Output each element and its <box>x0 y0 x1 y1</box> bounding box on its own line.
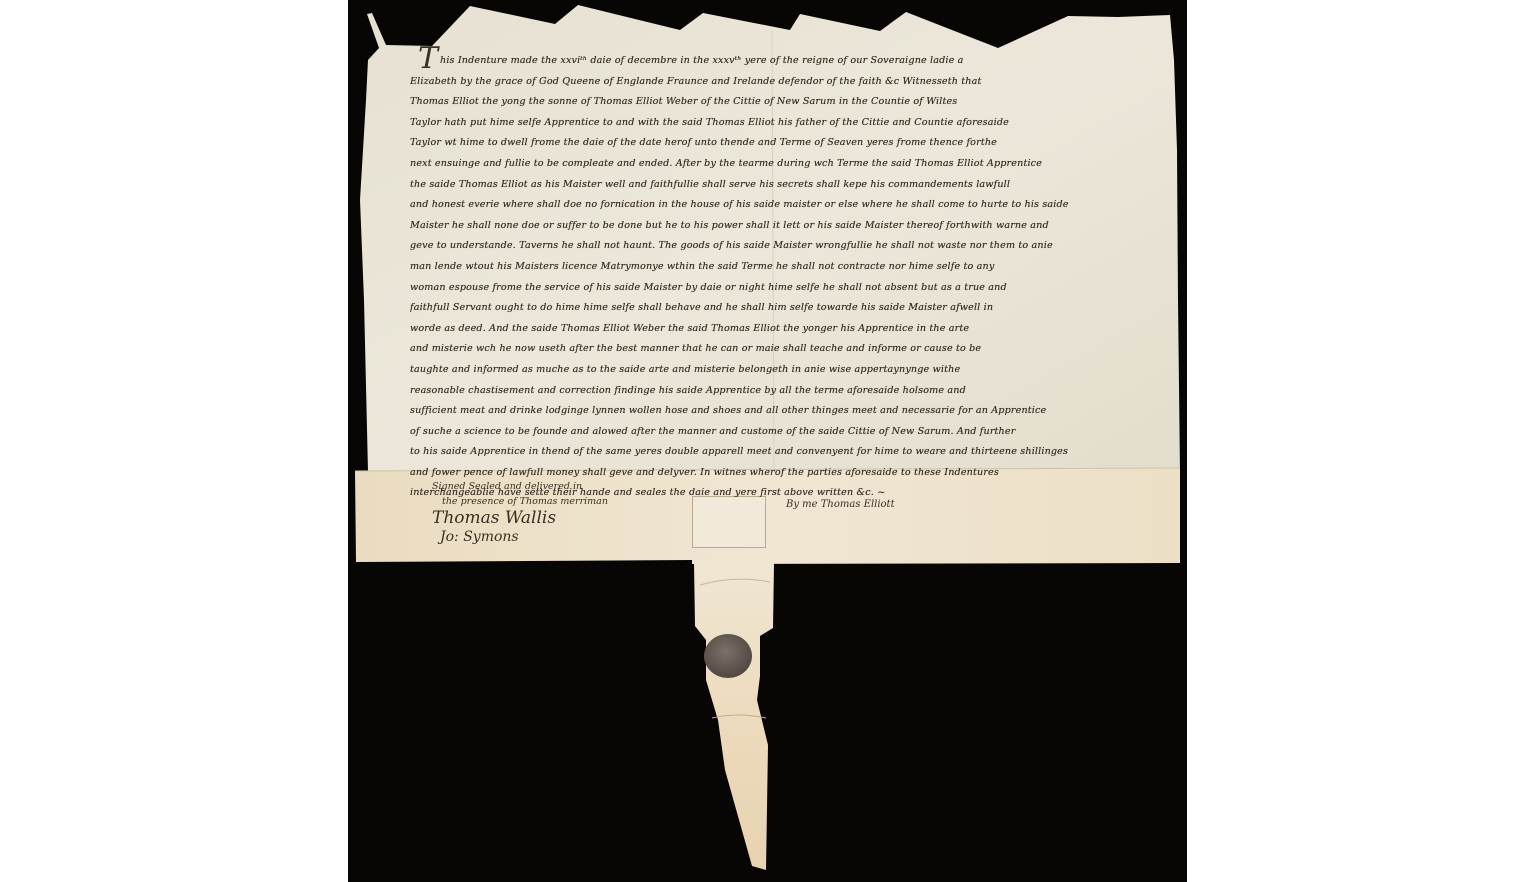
text-line: Taylor hath put hime selfe Apprentice to… <box>410 113 1170 134</box>
witness-signature-2: Jo: Symons <box>440 529 519 545</box>
text-line: taughte and informed as muche as to the … <box>410 360 1170 381</box>
witness-clause-line-1: Signed Sealed and delivered in <box>432 481 582 492</box>
text-line: Maister he shall none doe or suffer to b… <box>410 216 1170 237</box>
indenture-body-text: his Indenture made the xxviᵗʰ daie of de… <box>410 51 1170 504</box>
text-line: worde as deed. And the saide Thomas Elli… <box>410 319 1170 340</box>
text-line: of suche a science to be founde and alow… <box>410 422 1170 443</box>
executant-signature: By me Thomas Elliott <box>786 499 895 510</box>
text-line: and honest everie where shall doe no for… <box>410 195 1170 216</box>
text-line: the saide Thomas Elliot as his Maister w… <box>410 175 1170 196</box>
text-line: next ensuinge and fullie to be compleate… <box>410 154 1170 175</box>
witness-signature-1: Thomas Wallis <box>432 508 556 528</box>
text-line: to his saide Apprentice in thend of the … <box>410 442 1170 463</box>
text-line: geve to understande. Taverns he shall no… <box>410 236 1170 257</box>
text-line: and misterie wch he now useth after the … <box>410 339 1170 360</box>
text-line: reasonable chastisement and correction f… <box>410 381 1170 402</box>
witness-clause-line-2: the presence of Thomas merriman <box>442 496 608 507</box>
text-line: sufficient meat and drinke lodginge lynn… <box>410 401 1170 422</box>
text-line: woman espouse frome the service of his s… <box>410 278 1170 299</box>
text-line: Elizabeth by the grace of God Queene of … <box>410 72 1170 93</box>
text-line: Taylor wt hime to dwell frome the daie o… <box>410 133 1170 154</box>
text-line: his Indenture made the xxviᵗʰ daie of de… <box>410 51 1170 72</box>
text-line: faithfull Servant ought to do hime hime … <box>410 298 1170 319</box>
seal-tag <box>694 563 774 870</box>
text-line: Thomas Elliot the yong the sonne of Thom… <box>410 92 1170 113</box>
text-line: man lende wtout his Maisters licence Mat… <box>410 257 1170 278</box>
wax-seal <box>704 634 752 678</box>
